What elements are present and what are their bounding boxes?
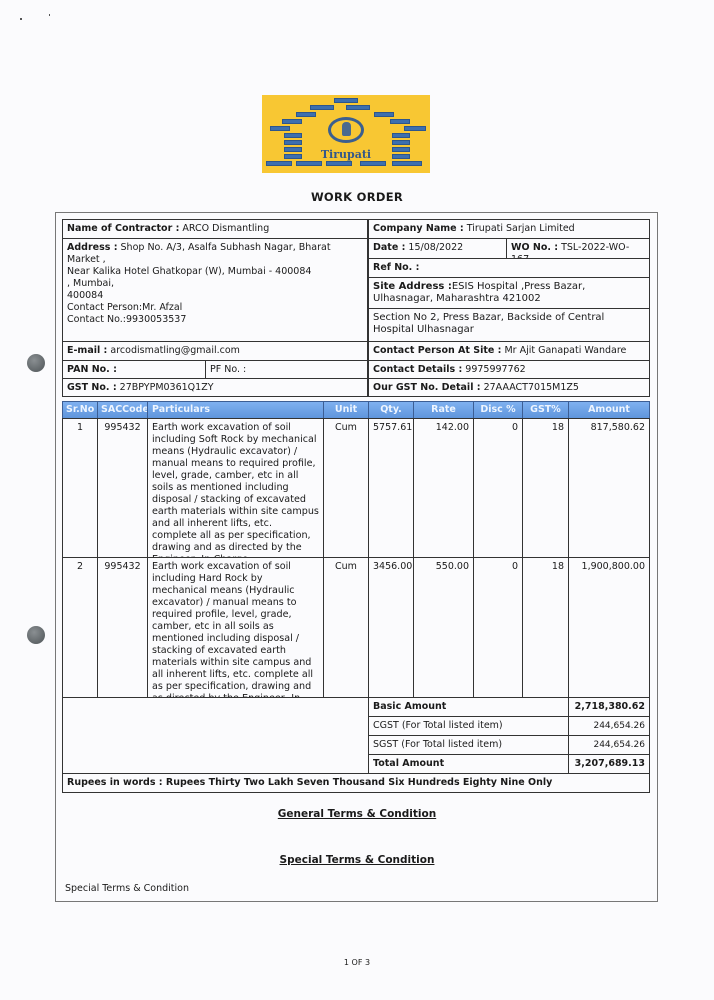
cgst-label: CGST (For Total listed item) — [368, 716, 569, 736]
contractor-name-label: Name of Contractor : — [67, 223, 179, 234]
company-name-label: Company Name : — [373, 223, 464, 234]
contractor-contact-number: Contact No.:9930053537 — [67, 314, 186, 325]
company-logo: Tirupati — [262, 95, 430, 173]
pf-cell: PF No. : — [205, 360, 368, 379]
ref-number-cell: Ref No. : — [368, 258, 650, 278]
document-title: WORK ORDER — [0, 190, 714, 204]
special-terms-heading: Special Terms & Condition — [0, 854, 714, 866]
column-header-rate: Rate — [413, 401, 474, 419]
logo-brick — [392, 161, 422, 166]
row-disc: 0 — [473, 418, 523, 558]
page-number: 1 OF 3 — [0, 958, 714, 967]
row-saccode: 995432 — [97, 418, 148, 558]
logo-brick — [266, 161, 292, 166]
logo-brick — [390, 119, 410, 124]
company-name-value: Tirupati Sarjan Limited — [467, 223, 575, 234]
site-address-extra: Section No 2, Press Bazar, Backside of C… — [373, 312, 604, 335]
column-header-gst: GST% — [522, 401, 569, 419]
contact-details-value: 9975997762 — [465, 364, 525, 375]
contractor-address-line: , Mumbai, — [67, 278, 114, 289]
logo-brick — [284, 133, 302, 138]
date-value: 15/08/2022 — [408, 242, 463, 253]
total-amount-value: 3,207,689.13 — [568, 754, 650, 774]
pan-label: PAN No. : — [67, 364, 117, 375]
email-label: E-mail : — [67, 345, 107, 356]
general-terms-heading: General Terms & Condition — [0, 808, 714, 820]
totals-blank-area — [62, 697, 369, 774]
company-name-cell: Company Name : Tirupati Sarjan Limited — [368, 219, 650, 239]
row-gst: 18 — [522, 418, 569, 558]
row-rate: 142.00 — [413, 418, 474, 558]
row-srno: 1 — [62, 418, 98, 558]
rupees-in-words: Rupees in words : Rupees Thirty Two Lakh… — [62, 773, 650, 793]
row-saccode: 995432 — [97, 557, 148, 698]
row-qty: 5757.61 — [368, 418, 414, 558]
column-header-qty: Qty. — [368, 401, 414, 419]
row-disc: 0 — [473, 557, 523, 698]
site-contact-person-cell: Contact Person At Site : Mr Ajit Ganapat… — [368, 341, 650, 361]
logo-emblem-icon — [328, 117, 364, 143]
logo-brick — [334, 98, 358, 103]
contact-details-label: Contact Details : — [373, 364, 462, 375]
our-gst-cell: Our GST No. Detail : 27AAACT7015M1Z5 — [368, 378, 650, 397]
contractor-name-cell: Name of Contractor : ARCO Dismantling — [62, 219, 368, 239]
pan-cell: PAN No. : — [62, 360, 206, 379]
wo-number-cell: WO No. : TSL-2022-WO-167 — [506, 238, 650, 259]
logo-brick — [310, 105, 334, 110]
ref-number-label: Ref No. : — [373, 262, 419, 273]
logo-brick — [326, 161, 352, 166]
site-contact-person-label: Contact Person At Site : — [373, 345, 501, 356]
contractor-name-value: ARCO Dismantling — [182, 223, 269, 234]
site-address-extra-cell: Section No 2, Press Bazar, Backside of C… — [368, 308, 650, 342]
our-gst-value: 27AAACT7015M1Z5 — [484, 382, 579, 393]
contractor-gst-label: GST No. : — [67, 382, 117, 393]
contact-details-cell: Contact Details : 9975997762 — [368, 360, 650, 379]
row-amount: 817,580.62 — [568, 418, 650, 558]
pf-label: PF No. : — [210, 364, 246, 375]
column-header-amount: Amount — [568, 401, 650, 419]
logo-brick — [282, 119, 302, 124]
logo-brick — [296, 112, 316, 117]
scan-speck — [20, 18, 22, 20]
contractor-address-label: Address : — [67, 242, 118, 253]
total-amount-label: Total Amount — [368, 754, 569, 774]
row-unit: Cum — [323, 418, 369, 558]
contractor-gst-value: 27BPYPM0361Q1ZY — [120, 382, 214, 393]
logo-brick — [392, 147, 410, 152]
logo-brick — [284, 154, 302, 159]
our-gst-label: Our GST No. Detail : — [373, 382, 481, 393]
email-value: arcodismatling@gmail.com — [110, 345, 240, 356]
column-header-particulars: Particulars — [147, 401, 324, 419]
cgst-value: 244,654.26 — [568, 716, 650, 736]
column-header-srno: Sr.No — [62, 401, 98, 419]
site-contact-person-value: Mr Ajit Ganapati Wandare — [504, 345, 626, 356]
date-cell: Date : 15/08/2022 — [368, 238, 507, 259]
contractor-contact-person: Contact Person:Mr. Afzal — [67, 302, 182, 313]
row-rate: 550.00 — [413, 557, 474, 698]
basic-amount-label: Basic Amount — [368, 697, 569, 717]
special-terms-text: Special Terms & Condition — [65, 883, 189, 894]
row-particulars: Earth work excavation of soil including … — [147, 557, 324, 698]
row-qty: 3456.00 — [368, 557, 414, 698]
row-amount: 1,900,800.00 — [568, 557, 650, 698]
logo-brick — [270, 126, 290, 131]
logo-brick — [284, 140, 302, 145]
scan-speck — [49, 14, 50, 16]
logo-brick — [404, 126, 426, 131]
site-address-cell: Site Address :ESIS Hospital ,Press Bazar… — [368, 277, 650, 309]
column-header-saccode: SACCode — [97, 401, 148, 419]
logo-brick — [392, 140, 410, 145]
punch-hole — [27, 354, 45, 372]
punch-hole — [27, 626, 45, 644]
logo-brick — [346, 105, 370, 110]
logo-brick — [374, 112, 394, 117]
column-header-unit: Unit — [323, 401, 369, 419]
row-unit: Cum — [323, 557, 369, 698]
contractor-email-cell: E-mail : arcodismatling@gmail.com — [62, 341, 368, 361]
sgst-label: SGST (For Total listed item) — [368, 735, 569, 755]
sgst-value: 244,654.26 — [568, 735, 650, 755]
date-label: Date : — [373, 242, 405, 253]
logo-brick — [284, 147, 302, 152]
contractor-address-line: 400084 — [67, 290, 103, 301]
logo-brick — [392, 154, 410, 159]
column-header-disc: Disc % — [473, 401, 523, 419]
wo-number-label: WO No. : — [511, 242, 558, 253]
contractor-address-line: Near Kalika Hotel Ghatkopar (W), Mumbai … — [67, 266, 311, 277]
contractor-address-cell: Address : Shop No. A/3, Asalfa Subhash N… — [62, 238, 368, 342]
logo-brick — [296, 161, 322, 166]
row-gst: 18 — [522, 557, 569, 698]
logo-brick — [360, 161, 386, 166]
site-address-label: Site Address : — [373, 281, 452, 292]
row-srno: 2 — [62, 557, 98, 698]
basic-amount-value: 2,718,380.62 — [568, 697, 650, 717]
logo-brick — [392, 133, 410, 138]
row-particulars: Earth work excavation of soil including … — [147, 418, 324, 558]
contractor-gst-cell: GST No. : 27BPYPM0361Q1ZY — [62, 378, 368, 397]
